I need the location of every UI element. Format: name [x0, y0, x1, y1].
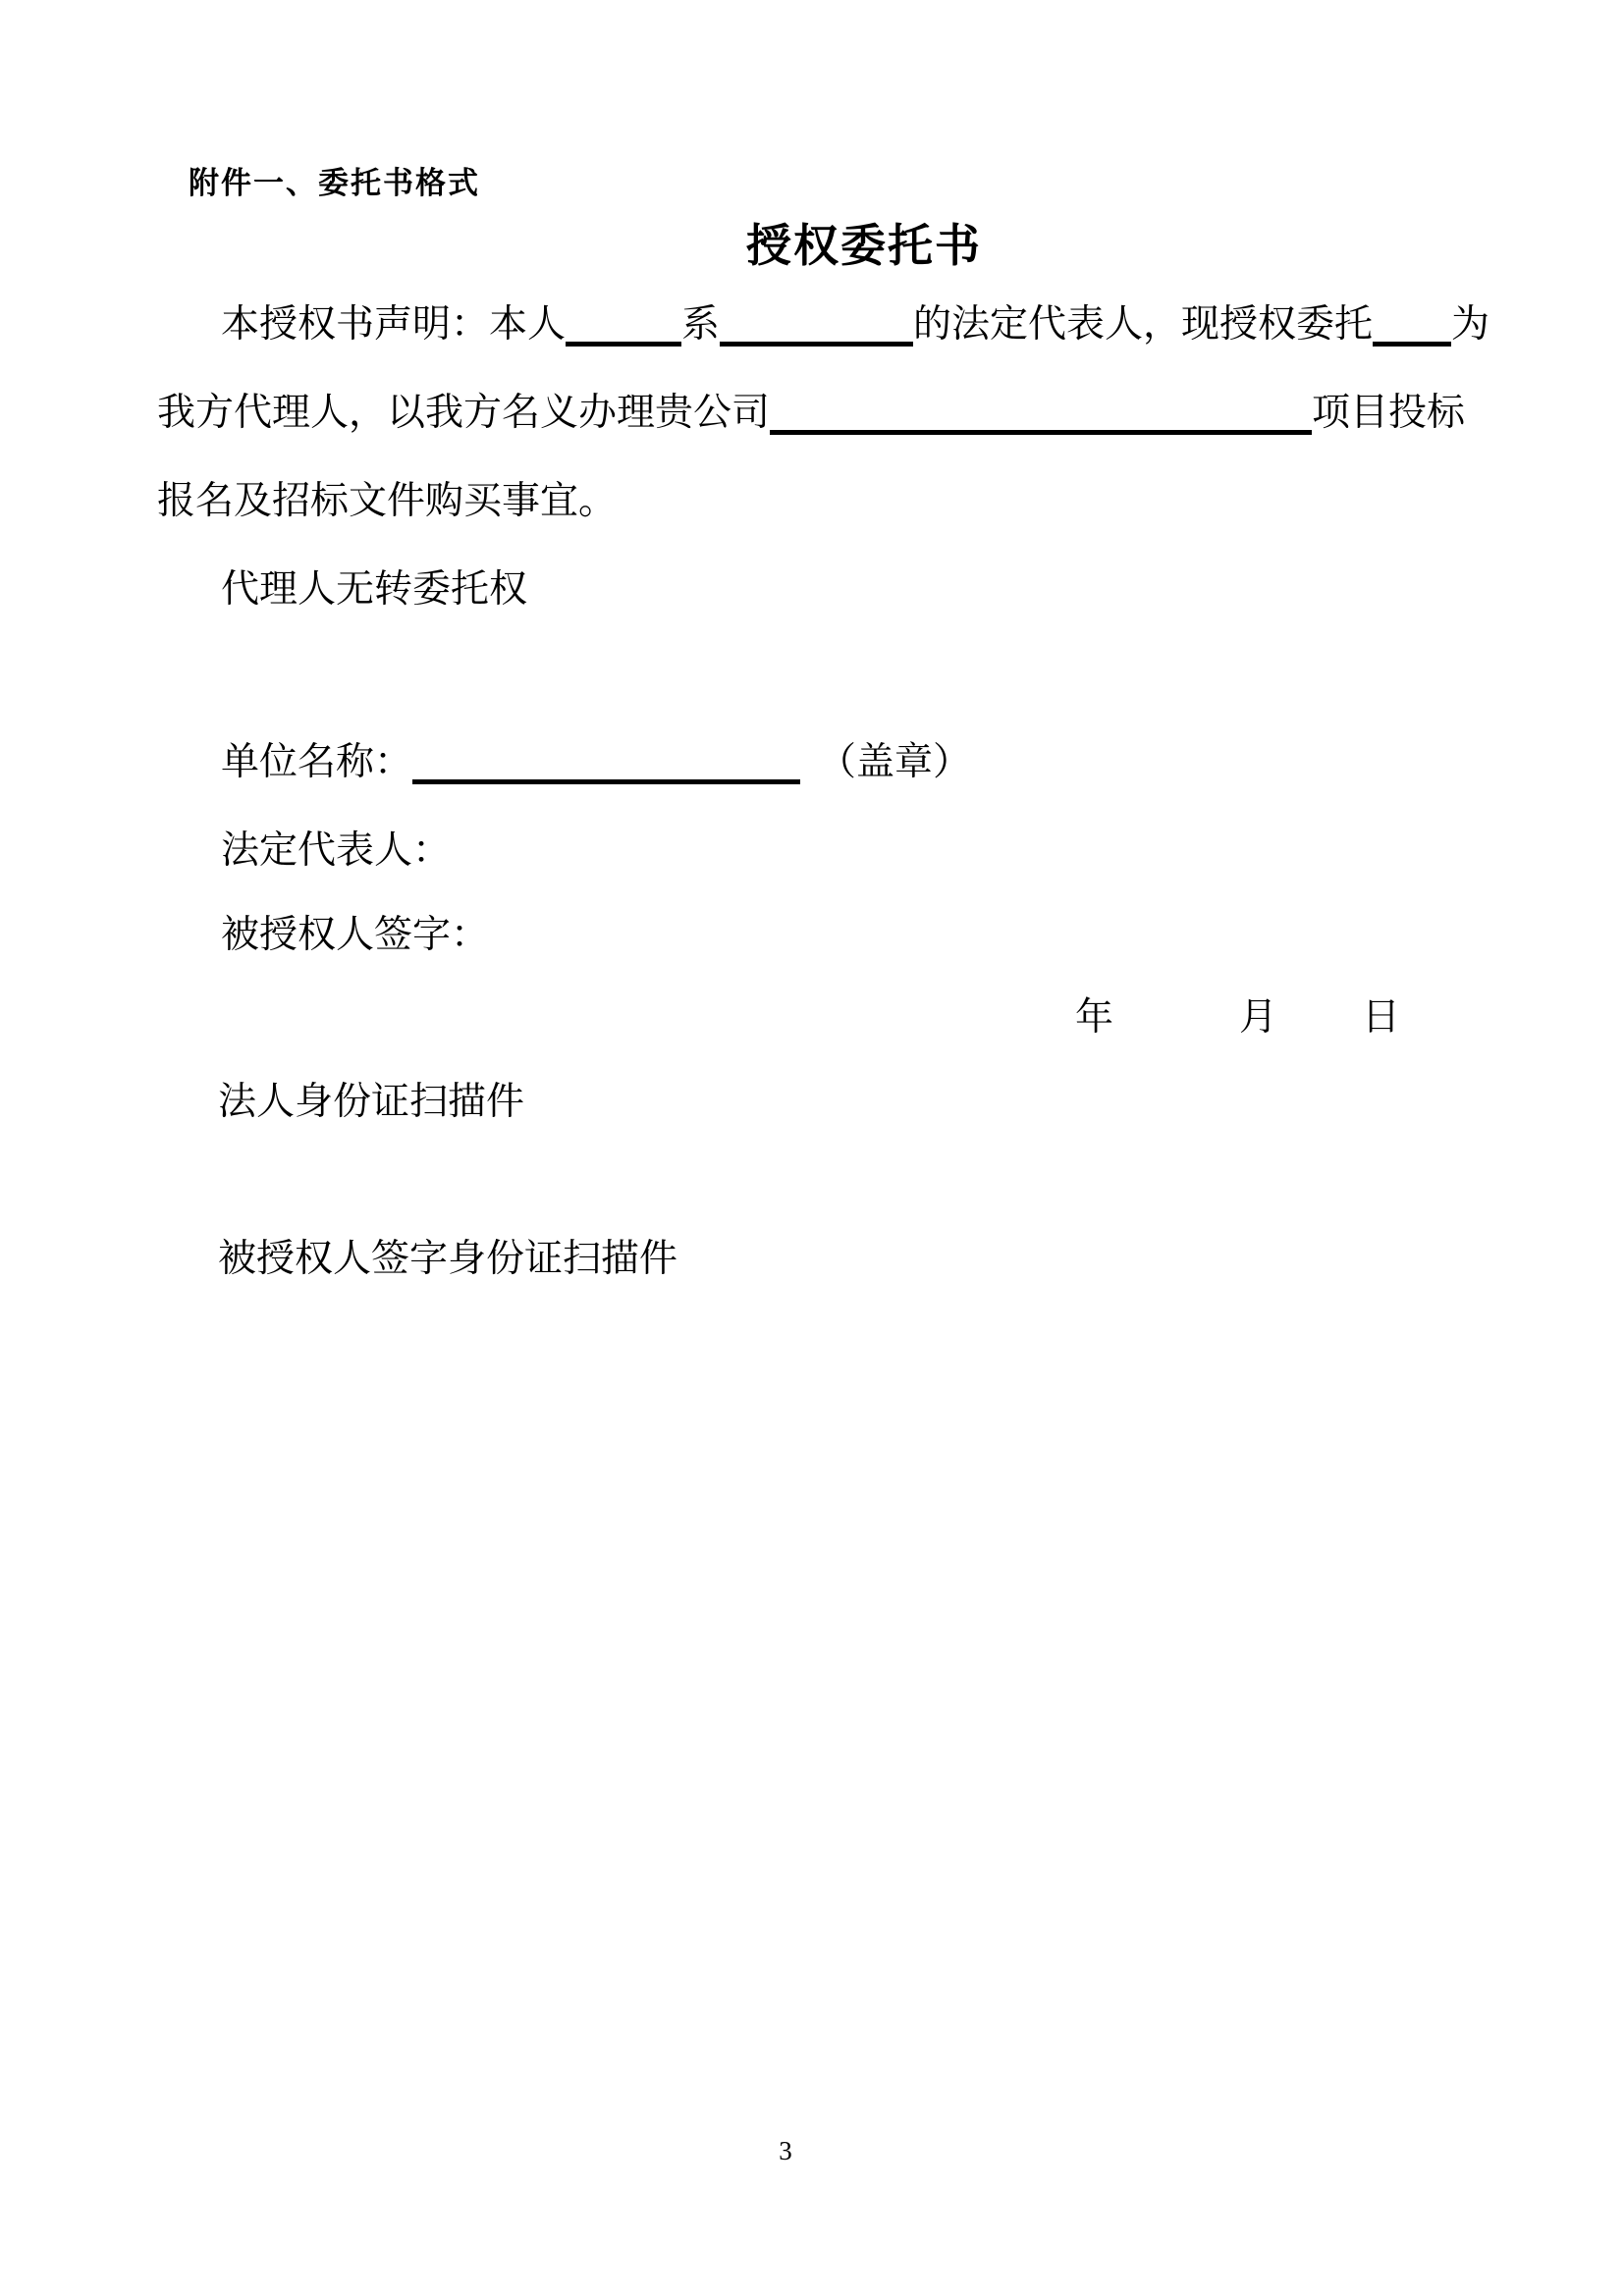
- legal-rep-id-scan-note: 法人身份证扫描件: [218, 1078, 524, 1127]
- document-page: 附件一、委托书格式 授权委托书 本授权书声明：本人系的法定代表人，现授权委托为 …: [0, 0, 1624, 2296]
- page-title: 授权委托书: [746, 210, 982, 275]
- declaration-line-3: 报名及招标文件购买事宜。: [157, 477, 617, 526]
- declaration-line-1: 本授权书声明：本人系的法定代表人，现授权委托为: [221, 300, 1489, 349]
- declaration-seg3: 的法定代表人，现授权委托: [913, 303, 1373, 346]
- blank-project-name: [770, 405, 1312, 435]
- agent-no-subdelegation-clause: 代理人无转委托权: [221, 565, 527, 614]
- declaration-seg4: 为: [1451, 303, 1489, 346]
- declaration-seg6: 项目投标: [1312, 392, 1465, 434]
- date-year-label: 年: [1075, 996, 1113, 1039]
- declaration-seg7: 报名及招标文件购买事宜。: [157, 480, 617, 522]
- declaration-seg2: 系: [681, 303, 720, 346]
- seal-note: （盖章）: [818, 741, 971, 783]
- attachment-header: 附件一、委托书格式: [189, 158, 480, 202]
- page-number: 3: [0, 2136, 1571, 2166]
- authorized-person-id-scan-note: 被授权人签字身份证扫描件: [218, 1235, 677, 1284]
- legal-representative-label: 法定代表人：: [221, 827, 451, 876]
- blank-company-name: [720, 317, 913, 347]
- blank-principal-name: [566, 317, 681, 347]
- blank-agent-name: [1373, 317, 1451, 347]
- declaration-seg5: 我方代理人，以我方名义办理贵公司: [157, 392, 770, 434]
- company-name-line: 单位名称：（盖章）: [221, 738, 971, 787]
- date-month-label: 月: [1239, 996, 1277, 1039]
- authorized-signature-label: 被授权人签字：: [221, 911, 489, 960]
- date-day-label: 日: [1362, 996, 1400, 1039]
- declaration-line-2: 我方代理人，以我方名义办理贵公司项目投标: [157, 389, 1465, 438]
- company-name-label: 单位名称：: [221, 741, 412, 783]
- blank-company-signature: [412, 755, 800, 784]
- date-line: 年月日: [1075, 993, 1400, 1042]
- declaration-seg1: 本授权书声明：本人: [221, 303, 566, 346]
